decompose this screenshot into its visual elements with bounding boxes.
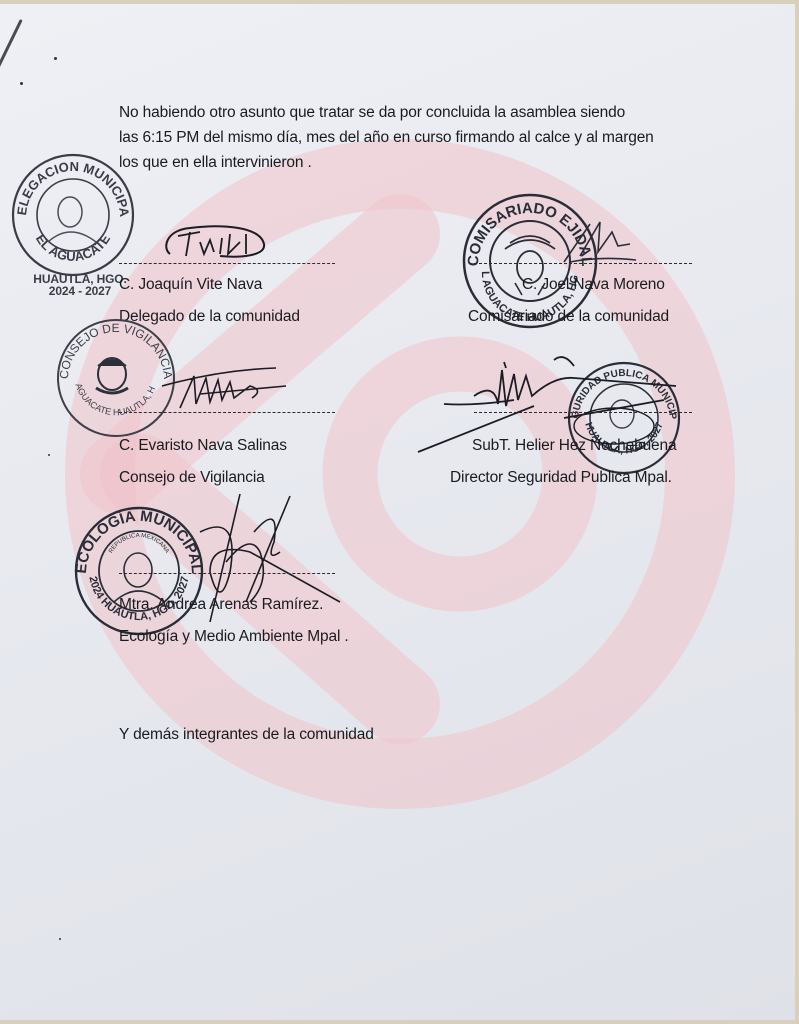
- signatory-role: Director Seguridad Publica Mpal.: [450, 469, 672, 487]
- consejo-vigilancia-stamp-icon: CONSEJO DE VIGILANCIA EL AGUACATE HUAUTL…: [54, 316, 178, 440]
- signatory-role: Comisariado de la comunidad: [468, 308, 669, 326]
- paper-speck: [59, 938, 61, 940]
- svg-text:EL AGUACATE: EL AGUACATE: [33, 231, 113, 264]
- signatory-name: SubT. Helier Hez Nochebuena: [472, 437, 676, 455]
- stamp-caption: HUAUTLA, HGO. 2024 - 2027: [30, 273, 130, 297]
- signatory-role: Ecología y Medio Ambiente Mpal .: [119, 628, 349, 646]
- signature-line: [474, 263, 692, 264]
- paper-speck: [20, 82, 23, 85]
- svg-text:EL AGUACATE HUAUTLA, HGO.: EL AGUACATE HUAUTLA, HGO.: [460, 191, 581, 324]
- paragraph-line: las 6:15 PM del mismo día, mes del año e…: [119, 125, 709, 150]
- signatory-role: Consejo de Vigilancia: [119, 469, 265, 487]
- paragraph-line: No habiendo otro asunto que tratar se da…: [119, 100, 709, 125]
- ecologia-municipal-stamp-icon: ECOLOGÍA MUNICIPAL 2024 HUAUTLA, HGO. 20…: [72, 504, 206, 638]
- signatory-name: C. Joel Nava Moreno: [522, 276, 665, 294]
- signature-line: [119, 573, 335, 574]
- signatory-name: C. Joaquín Vite Nava: [119, 276, 262, 294]
- svg-text:EL AGUACATE HUAUTLA, HGO.: EL AGUACATE HUAUTLA, HGO.: [54, 316, 157, 417]
- signature-line: [474, 412, 692, 413]
- svg-text:ECOLOGÍA MUNICIPAL: ECOLOGÍA MUNICIPAL: [73, 508, 205, 575]
- signature-line: [119, 412, 335, 413]
- signature-evaristo-icon: [160, 364, 290, 414]
- paper-speck: [54, 57, 57, 60]
- signature-line: [119, 263, 335, 264]
- document-page: No habiendo otro asunto que tratar se da…: [0, 4, 795, 1020]
- pen-stroke-mark: [0, 19, 22, 191]
- paper-speck: [48, 454, 50, 456]
- signature-joaquin-icon: [160, 218, 270, 264]
- signatory-name: Mtra. Andrea Arenas Ramírez.: [119, 596, 323, 614]
- stamp-caption-years: 2024 - 2027: [30, 285, 130, 297]
- svg-text:CONSEJO DE VIGILANCIA: CONSEJO DE VIGILANCIA: [57, 321, 175, 380]
- svg-text:DELEGACION MUNICIPAL: DELEGACION MUNICIPAL: [8, 150, 132, 218]
- svg-text:COMISARIADO EJIDAL: COMISARIADO EJIDAL: [465, 200, 595, 267]
- signatory-name: C. Evaristo Nava Salinas: [119, 437, 287, 455]
- closing-paragraph: No habiendo otro asunto que tratar se da…: [119, 100, 709, 175]
- svg-text:REPUBLICA MEXICANA: REPUBLICA MEXICANA: [108, 533, 170, 554]
- closing-line: Y demás integrantes de la comunidad: [119, 726, 374, 744]
- signature-joel-icon: [560, 216, 640, 266]
- paragraph-line: los que en ella intervinieron .: [119, 150, 709, 175]
- seguridad-publica-stamp-icon: SEGURIDAD PUBLICA MUNICIPAL HUAUTLA, HGO…: [566, 360, 682, 476]
- signatory-role: Delegado de la comunidad: [119, 308, 300, 326]
